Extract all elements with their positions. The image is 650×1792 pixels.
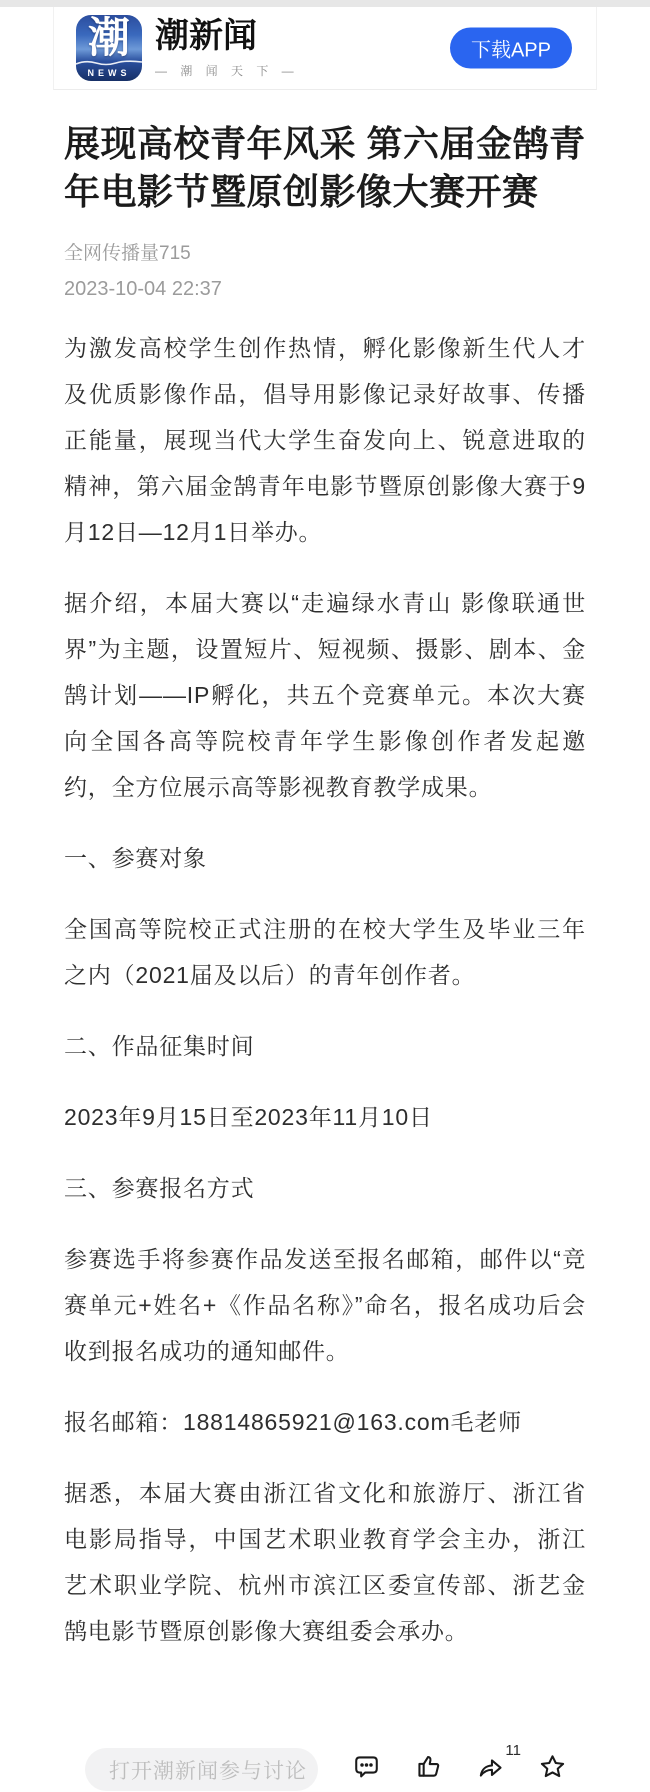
paragraph: 据悉，本届大赛由浙江省文化和旅游厅、浙江省电影局指导，中国艺术职业教育学会主办，…	[64, 1470, 586, 1654]
section-heading: 三、参赛报名方式	[64, 1165, 586, 1211]
section-heading: 一、参赛对象	[64, 835, 586, 881]
logo-character: 潮	[76, 16, 142, 62]
bottom-action-bar: 打开潮新闻参与讨论 11	[0, 1726, 650, 1792]
share-wrap: 11	[476, 1752, 505, 1781]
chao-news-logo[interactable]: 潮 NEWS	[76, 15, 142, 81]
brand-title: 潮新闻	[155, 17, 299, 55]
paragraph: 报名邮箱：18814865921@163.com毛老师	[64, 1399, 586, 1445]
brand-slogan: — 潮 闻 天 下 —	[155, 62, 299, 79]
site-header: 潮 NEWS 潮新闻 — 潮 闻 天 下 — 下载APP	[53, 7, 597, 90]
article-body: 为激发高校学生创作热情，孵化影像新生代人才及优质影像作品，倡导用影像记录好故事、…	[64, 325, 586, 1654]
bottom-bar-inner: 打开潮新闻参与讨论 11	[53, 1726, 597, 1792]
paragraph: 为激发高校学生创作热情，孵化影像新生代人才及优质影像作品，倡导用影像记录好故事、…	[64, 325, 586, 555]
share-icon[interactable]	[476, 1752, 505, 1781]
publish-datetime: 2023-10-04 22:37	[64, 278, 586, 301]
article-title: 展现高校青年风采 第六届金鹄青年电影节暨原创影像大赛开赛	[64, 120, 586, 216]
comment-icon[interactable]	[352, 1752, 381, 1781]
paragraph: 参赛选手将参赛作品发送至报名邮箱，邮件以“竞赛单元+姓名+《作品名称》”命名，报…	[64, 1236, 586, 1374]
spread-count: 全网传播量715	[64, 238, 586, 265]
brand-block: 潮新闻 — 潮 闻 天 下 —	[155, 17, 299, 79]
top-strip	[0, 0, 650, 7]
star-icon[interactable]	[538, 1752, 567, 1781]
paragraph: 据介绍，本届大赛以“走遍绿水青山 影像联通世界”为主题，设置短片、短视频、摄影、…	[64, 580, 586, 810]
share-count-badge: 11	[505, 1742, 521, 1759]
action-icons: 11	[352, 1748, 567, 1781]
thumbs-up-icon[interactable]	[414, 1752, 443, 1781]
logo-news-label: NEWS	[76, 68, 142, 78]
paragraph: 2023年9月15日至2023年11月10日	[64, 1094, 586, 1140]
paragraph: 全国高等院校正式注册的在校大学生及毕业三年之内（2021届及以后）的青年创作者。	[64, 906, 586, 998]
comment-input[interactable]: 打开潮新闻参与讨论	[85, 1748, 318, 1791]
article: 展现高校青年风采 第六届金鹄青年电影节暨原创影像大赛开赛 全网传播量715 20…	[0, 90, 650, 1654]
download-app-button[interactable]: 下载APP	[450, 28, 572, 69]
logo-wave-icon	[76, 59, 142, 67]
section-heading: 二、作品征集时间	[64, 1023, 586, 1069]
comment-placeholder: 打开潮新闻参与讨论	[109, 1755, 307, 1785]
